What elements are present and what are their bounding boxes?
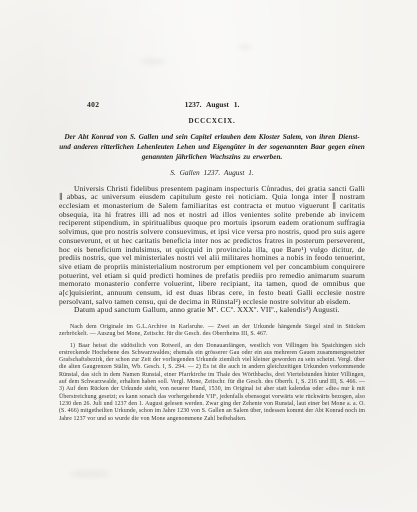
charter-datum-line: Datum apud sanctum Gallum, anno gratie M…: [59, 306, 365, 315]
source-note: Nach dem Originale im G.L.Archive in Kar…: [59, 324, 365, 338]
text-block: 402 1237. August 1. DCCCXCIX. Der Abt Ko…: [59, 100, 365, 423]
running-head: 1237. August 1.: [59, 100, 365, 109]
page-number: 402: [87, 100, 99, 109]
scan-smudge: [70, 470, 110, 478]
scan-smudge: [140, 58, 166, 65]
page-header: 402 1237. August 1.: [59, 100, 365, 110]
charter-latin-text: Universis Christi fidelibus presentem pa…: [59, 185, 365, 307]
charter-dateline: S. Gallen 1237. August 1.: [59, 168, 365, 177]
critical-apparatus: Nach dem Originale im G.L.Archive in Kar…: [59, 324, 365, 423]
scan-smudge: [238, 44, 252, 50]
footnotes-paragraph: 1) Baar heisst die südöstlich von Rotwei…: [59, 343, 365, 423]
charter-number-heading: DCCCXCIX.: [59, 117, 365, 125]
scanned-book-page: 402 1237. August 1. DCCCXCIX. Der Abt Ko…: [0, 0, 417, 512]
charter-regest: Der Abt Konrad von S. Gallen und sein Ca…: [59, 132, 365, 163]
